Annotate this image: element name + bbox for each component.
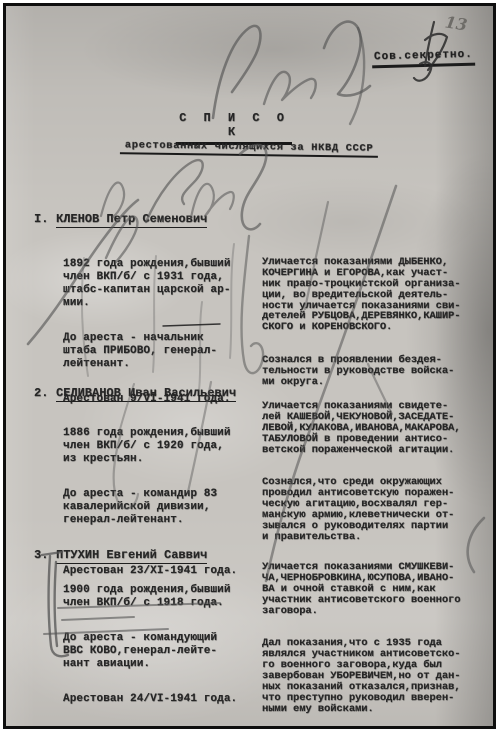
entry-3-bio-birth: 1900 года рождения,бывший член ВКП/б/ с …: [63, 584, 259, 610]
entry-2-number: 2.: [34, 386, 56, 400]
entry-1-header: I.КЛЕНОВ Петр Семенович: [34, 212, 207, 226]
entry-3-header: 3.ПТУХИН Евгений Саввич: [34, 548, 207, 562]
entry-3-name: ПТУХИН Евгений Саввич: [56, 548, 207, 564]
secrecy-stamp: Сов.секретно.: [372, 49, 475, 69]
handwritten-page-number: 13: [443, 12, 468, 34]
entry-3-charges-testimony: Уличается показаниями СМУШКЕВИ- ЧА,ЧЕРНО…: [262, 562, 498, 617]
handwritten-scrawl: [350, 28, 364, 124]
entry-1-bio-birth: 1892 года рождения,бывший член ВКП/б/ с …: [63, 258, 259, 310]
handwritten-scrawl: [213, 26, 260, 118]
handwritten-scrawl: [264, 72, 316, 104]
entry-1-charges-confession: Сознался в проявлении бездея- тельности …: [262, 355, 498, 388]
entry-3-bio-arrest-date: Арестован 24/VI-1941 года.: [63, 693, 259, 706]
entry-2-bio-birth: 1886 года рождения,бывший член ВКП/б/ с …: [63, 427, 259, 466]
handwritten-scrawl: [324, 22, 370, 96]
handwritten-scrawl: [240, 145, 266, 229]
entry-1-charges-column: Уличается показаниями ДЫБЕНКО, КОЧЕРГИНА…: [262, 246, 498, 410]
entry-2-bio-position: До ареста - командир 83 кавалерийской ди…: [63, 488, 259, 527]
entry-2-charges-column: Уличается показаниями свидете- лей КАШЕВ…: [262, 390, 498, 565]
entry-3-margin-bracket: [55, 562, 57, 646]
entry-1-name: КЛЕНОВ Петр Семенович: [56, 212, 207, 228]
entry-2-charges-testimony: Уличается показаниями свидете- лей КАШЕВ…: [262, 401, 498, 456]
entry-3-charges-confession: Дал показания,что с 1935 года являлся уч…: [262, 638, 498, 714]
entry-1-number: I.: [34, 212, 56, 226]
entry-2-charges-confession: Сознался,что среди окружающих проводил а…: [262, 477, 498, 542]
entry-2-header: 2.СЕЛИВАНОВ Иван Васильевич: [34, 386, 236, 400]
document-subtitle: арестованных числящихся за НКВД СССР: [120, 139, 378, 158]
entry-3-charges-column: Уличается показаниями СМУШКЕВИ- ЧА,ЧЕРНО…: [262, 551, 498, 736]
entry-2-name: СЕЛИВАНОВ Иван Васильевич: [56, 386, 236, 402]
entry-1-charges-testimony: Уличается показаниями ДЫБЕНКО, КОЧЕРГИНА…: [262, 257, 498, 333]
paper-background: 13 Сов.секретно. С П И С О К арестованны…: [3, 3, 496, 729]
entry-3-bio-column: 1900 года рождения,бывший член ВКП/б/ с …: [63, 571, 259, 728]
entry-1-bio-position: До ареста - начальник штаба ПРИБОВО, ген…: [63, 332, 259, 371]
scanned-document-page: 13 Сов.секретно. С П И С О К арестованны…: [0, 0, 500, 736]
entry-3-number: 3.: [34, 548, 56, 562]
entry-3-bio-position: До ареста - командующий ВВС КОВО,генерал…: [63, 632, 259, 671]
